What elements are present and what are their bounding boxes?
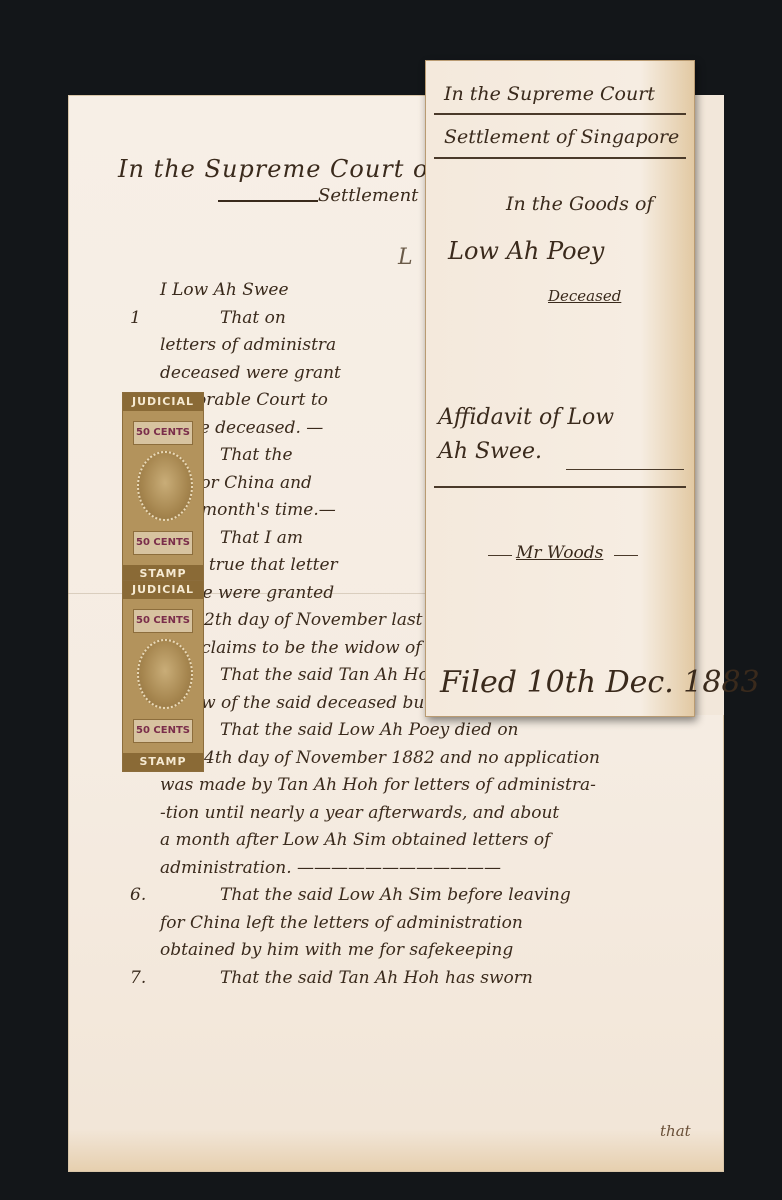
- cover-goods-of: In the Goods of: [506, 193, 653, 215]
- affidavit-line: 7.That the said Tan Ah Hoh has sworn: [130, 968, 650, 996]
- court-heading: In the Supreme Court of: [118, 155, 438, 183]
- line-text: That the said Low Ah Poey died on: [160, 720, 519, 740]
- cover-deceased-label: Deceased: [548, 287, 621, 305]
- folded-cover-sheet: In the Supreme Court Settlement of Singa…: [425, 60, 695, 717]
- affidavit-line: obtained by him with me for safekeeping: [130, 940, 650, 968]
- paragraph-number: 7.: [130, 968, 160, 988]
- affidavit-line: administration. ————————————: [130, 858, 650, 886]
- judicial-stamp-lower: JUDICIAL 50 CENTS 50 CENTS STAMP: [122, 580, 204, 772]
- cover-court: In the Supreme Court: [444, 83, 655, 105]
- line-text: I Low Ah Swee: [160, 280, 289, 300]
- stamp-value-top: 50 CENTS: [133, 609, 193, 633]
- cover-deceased-name: Low Ah Poey: [448, 237, 604, 265]
- cover-settlement: Settlement of Singapore: [444, 126, 679, 148]
- cover-rule: [434, 486, 686, 488]
- stray-letter: L: [398, 245, 413, 270]
- line-text: That on: [160, 308, 286, 328]
- line-text: a month after Low Ah Sim obtained letter…: [160, 830, 550, 850]
- main-sheet-right-margin: [693, 95, 724, 715]
- cover-filed-date: Filed 10th Dec. 1883: [440, 665, 760, 700]
- line-text: for China left the letters of administra…: [160, 913, 523, 933]
- settlement-heading: Settlement: [318, 185, 418, 206]
- cover-solicitor: Mr Woods: [516, 543, 603, 563]
- affidavit-line: the 24th day of November 1882 and no app…: [130, 748, 650, 776]
- line-text: administration. ————————————: [160, 858, 501, 878]
- affidavit-line: 6.That the said Low Ah Sim before leavin…: [130, 885, 650, 913]
- line-text: That the said Tan Ah Hoh has sworn: [160, 968, 533, 988]
- catchword: that: [660, 1122, 691, 1140]
- paragraph-number: 6.: [130, 885, 160, 905]
- affidavit-line: a month after Low Ah Sim obtained letter…: [130, 830, 650, 858]
- stamp-value-top: 50 CENTS: [133, 421, 193, 445]
- cover-rule: [434, 113, 686, 115]
- affidavit-line: -tion until nearly a year afterwards, an…: [130, 803, 650, 831]
- affidavit-line: was made by Tan Ah Hoh for letters of ad…: [130, 775, 650, 803]
- line-text: deceased were grant: [160, 363, 341, 383]
- cover-short-rule: [566, 469, 684, 470]
- line-text: the 24th day of November 1882 and no app…: [160, 748, 600, 768]
- cover-title-line2: Ah Swee.: [438, 439, 542, 464]
- line-text: obtained by him with me for safekeeping: [160, 940, 513, 960]
- cover-rule: [434, 157, 686, 159]
- cover-dash: [488, 555, 512, 556]
- cover-dash: [614, 555, 638, 556]
- line-text: letters of administra: [160, 335, 336, 355]
- line-text: That the said Low Ah Sim before leaving: [160, 885, 571, 905]
- affidavit-line: 5That the said Low Ah Poey died on: [130, 720, 650, 748]
- line-text: was made by Tan Ah Hoh for letters of ad…: [160, 775, 596, 795]
- affidavit-line: for China left the letters of administra…: [130, 913, 650, 941]
- stamp-top-label: JUDICIAL: [123, 393, 203, 411]
- stamp-top-label: JUDICIAL: [123, 581, 203, 599]
- heading-underline: [218, 200, 318, 202]
- paragraph-number: 1: [130, 308, 160, 328]
- stamp-value-bottom: 50 CENTS: [133, 719, 193, 743]
- judicial-stamp-upper: JUDICIAL 50 CENTS 50 CENTS STAMP: [122, 392, 204, 584]
- queen-portrait-icon: [137, 639, 193, 709]
- line-text: -tion until nearly a year afterwards, an…: [160, 803, 559, 823]
- queen-portrait-icon: [137, 451, 193, 521]
- stamp-bottom-label: STAMP: [123, 753, 203, 771]
- stamp-value-bottom: 50 CENTS: [133, 531, 193, 555]
- cover-title-line1: Affidavit of Low: [438, 405, 614, 430]
